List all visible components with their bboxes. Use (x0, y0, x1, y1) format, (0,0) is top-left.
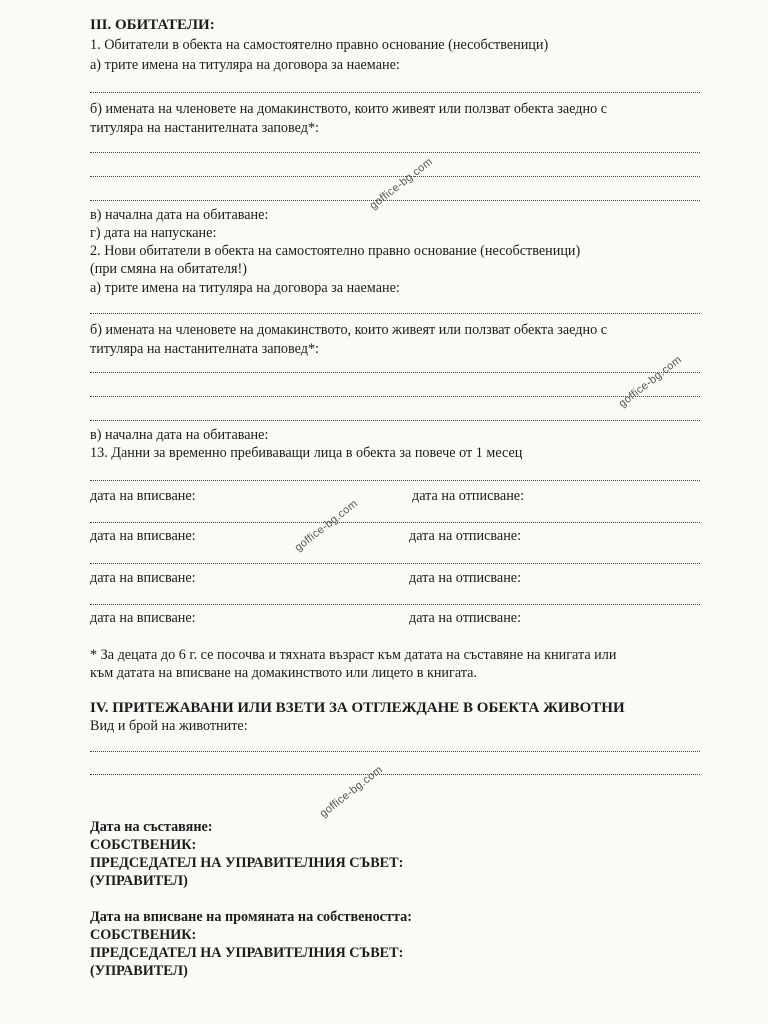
watermark: goffice-bg.com (318, 764, 385, 820)
watermark: goffice-bg.com (368, 156, 435, 212)
animals-field-2[interactable] (90, 774, 700, 775)
compilation-date-label: Дата на съставяне: (90, 818, 213, 836)
section-3-title: III. ОБИТАТЕЛИ: (90, 16, 215, 34)
item-13-field-4[interactable] (90, 604, 700, 605)
manager-label: (УПРАВИТЕЛ) (90, 962, 188, 980)
exit-date-label: дата на отписване: (412, 487, 524, 505)
item-1-a-field[interactable] (90, 92, 700, 93)
animals-label: Вид и брой на животните: (90, 717, 248, 735)
document-page: III. ОБИТАТЕЛИ: 1. Обитатели в обекта на… (0, 0, 768, 1024)
item-2-v-label: в) начална дата на обитаване: (90, 426, 268, 444)
item-1-v-label: в) начална дата на обитаване: (90, 206, 268, 224)
entry-date-label: дата на вписване: (90, 609, 196, 627)
item-1-b-field-2[interactable] (90, 176, 700, 177)
item-13-field-3[interactable] (90, 563, 700, 564)
item-2-b-field-3[interactable] (90, 420, 700, 421)
entry-date-label: дата на вписване: (90, 487, 196, 505)
item-2-b-field-2[interactable] (90, 396, 700, 397)
item-13-field-2[interactable] (90, 522, 700, 523)
item-2-subheading: (при смяна на обитателя!) (90, 260, 247, 278)
owner-label: СОБСТВЕНИК: (90, 926, 196, 944)
entry-date-label: дата на вписване: (90, 527, 196, 545)
board-chair-label: ПРЕДСЕДАТЕЛ НА УПРАВИТЕЛНИЯ СЪВЕТ: (90, 944, 403, 962)
board-chair-label: ПРЕДСЕДАТЕЛ НА УПРАВИТЕЛНИЯ СЪВЕТ: (90, 854, 403, 872)
item-1-heading: 1. Обитатели в обекта на самостоятелно п… (90, 36, 548, 54)
item-13-heading: 13. Данни за временно пребиваващи лица в… (90, 444, 522, 462)
watermark: goffice-bg.com (617, 354, 684, 410)
item-1-b-field-1[interactable] (90, 152, 700, 153)
watermark: goffice-bg.com (293, 498, 360, 554)
item-2-b-label-2: титуляра на настанителната заповед*: (90, 340, 319, 358)
item-2-b-field-1[interactable] (90, 372, 700, 373)
item-1-a-label: а) трите имена на титуляра на договора з… (90, 56, 400, 74)
section-4-title: IV. ПРИТЕЖАВАНИ ИЛИ ВЗЕТИ ЗА ОТГЛЕЖДАНЕ … (90, 699, 625, 717)
footnote-line-1: * За децата до 6 г. се посочва и тяхната… (90, 646, 616, 664)
item-2-a-field[interactable] (90, 313, 700, 314)
owner-label: СОБСТВЕНИК: (90, 836, 196, 854)
exit-date-label: дата на отписване: (409, 569, 521, 587)
item-13-field-1[interactable] (90, 480, 700, 481)
exit-date-label: дата на отписване: (409, 609, 521, 627)
item-1-b-label-2: титуляра на настанителната заповед*: (90, 119, 319, 137)
animals-field-1[interactable] (90, 751, 700, 752)
item-1-b-field-3[interactable] (90, 200, 700, 201)
entry-date-label: дата на вписване: (90, 569, 196, 587)
item-2-a-label: а) трите имена на титуляра на договора з… (90, 279, 400, 297)
item-2-b-label-1: б) имената на членовете на домакинството… (90, 321, 607, 339)
ownership-change-date-label: Дата на вписване на промяната на собстве… (90, 908, 412, 926)
manager-label: (УПРАВИТЕЛ) (90, 872, 188, 890)
item-1-b-label-1: б) имената на членовете на домакинството… (90, 100, 607, 118)
footnote-line-2: към датата на вписване на домакинството … (90, 664, 477, 682)
item-1-g-label: г) дата на напускане: (90, 224, 216, 242)
exit-date-label: дата на отписване: (409, 527, 521, 545)
item-2-heading: 2. Нови обитатели в обекта на самостояте… (90, 242, 580, 260)
